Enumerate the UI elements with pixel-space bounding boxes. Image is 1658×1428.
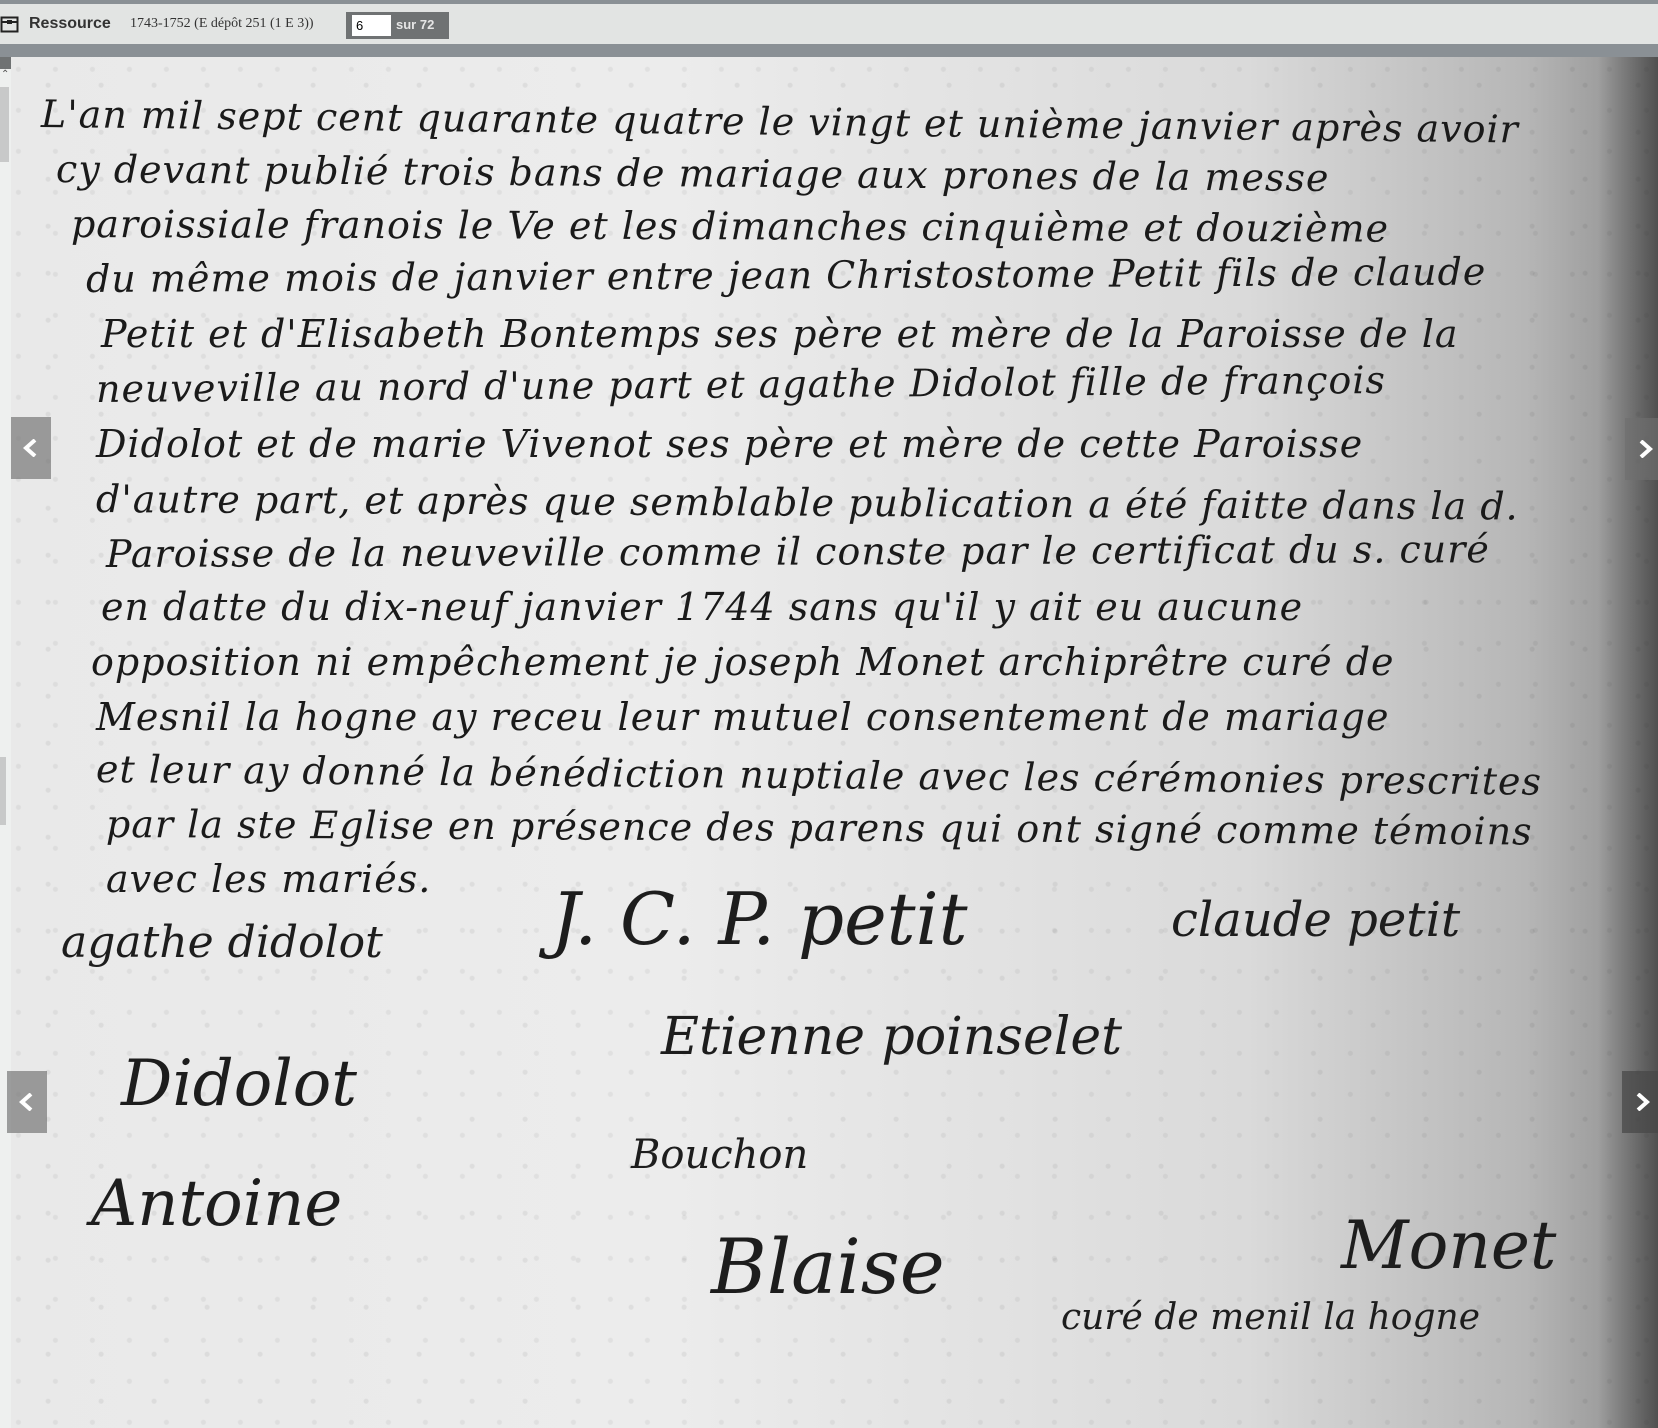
document-image-viewer[interactable]: L'an mil sept cent quarante quatre le vi… (11, 57, 1658, 1428)
previous-page-button-lower[interactable] (7, 1071, 47, 1133)
resource-title: 1743-1752 (E dépôt 251 (1 E 3)) (130, 16, 314, 32)
chevron-left-icon (19, 1093, 35, 1111)
signature: claude petit (1171, 892, 1460, 948)
scrollbar-thumb-secondary[interactable] (0, 757, 6, 825)
signature: Bouchon (631, 1132, 808, 1178)
document-line: Didolot et de marie Vivenot ses père et … (96, 422, 1363, 466)
page-binding-shadow (1598, 57, 1658, 1428)
signature: agathe didolot (61, 917, 383, 968)
document-line: Mesnil la hogne ay receu leur mutuel con… (96, 695, 1389, 739)
resource-label: Ressource (29, 15, 111, 33)
signature: curé de menil la hogne (1061, 1297, 1480, 1338)
page-number-input[interactable] (352, 15, 391, 36)
scrollbar-thumb[interactable] (0, 87, 9, 162)
document-line: opposition ni empêchement je joseph Mone… (91, 640, 1395, 684)
page-navigator: sur 72 (346, 12, 449, 39)
document-line: par la ste Eglise en présence des parens… (106, 802, 1533, 853)
chevron-right-icon (1637, 440, 1653, 458)
document-line: Paroisse de la neuveville comme il const… (106, 527, 1490, 576)
signature: Antoine (91, 1167, 342, 1241)
chevron-right-icon (1634, 1093, 1650, 1111)
viewer-toolbar: Ressource 1743-1752 (E dépôt 251 (1 E 3)… (0, 4, 1658, 44)
scroll-up-icon[interactable]: ⌃ (1, 70, 9, 80)
page-total: sur 72 (396, 17, 434, 32)
vertical-scrollbar[interactable]: ⌃ (0, 57, 11, 1428)
signature: Etienne poinselet (661, 1007, 1122, 1067)
document-line: paroissiale franois le Ve et les dimanch… (71, 202, 1389, 251)
signature: Monet (1341, 1207, 1556, 1284)
document-line: Petit et d'Elisabeth Bontemps ses père e… (101, 312, 1459, 356)
toolbar-divider (0, 44, 1658, 57)
archive-box-icon (0, 14, 20, 34)
document-line: avec les mariés. (106, 857, 431, 901)
document-line: du même mois de janvier entre jean Chris… (86, 250, 1487, 301)
previous-page-button[interactable] (11, 417, 51, 479)
next-page-button[interactable] (1625, 418, 1658, 480)
next-page-button-lower[interactable] (1622, 1071, 1658, 1133)
document-line: en datte du dix-neuf janvier 1744 sans q… (101, 585, 1303, 629)
signature: Didolot (121, 1047, 357, 1121)
document-line: d'autre part, et après que semblable pub… (96, 477, 1519, 528)
chevron-left-icon (23, 439, 39, 457)
document-line: cy devant publié trois bans de mariage a… (56, 147, 1330, 200)
signature: Blaise (711, 1222, 945, 1311)
signature: J. C. P. petit (551, 877, 968, 961)
scrollbar-cap (0, 57, 11, 69)
document-line: neuveville au nord d'une part et agathe … (96, 358, 1386, 411)
